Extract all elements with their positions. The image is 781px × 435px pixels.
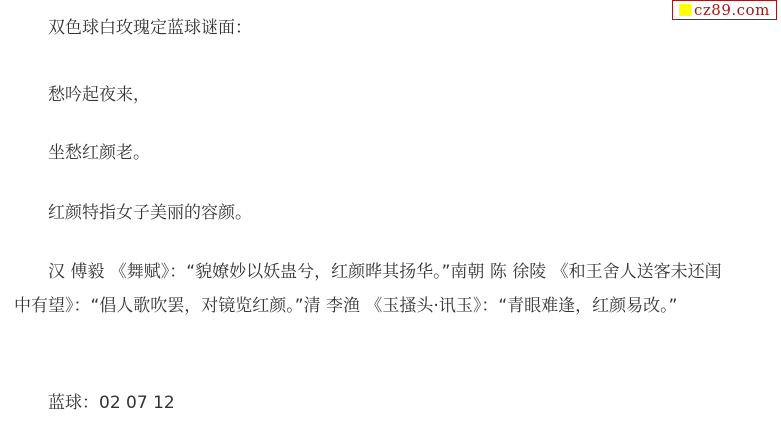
yellow-square-icon (679, 4, 691, 16)
blue-ball-result: 蓝球：02 07 12 (14, 386, 734, 420)
explanation-paragraph: 红颜特指女子美丽的容颜。 (14, 196, 734, 230)
site-watermark: cz89.com (672, 0, 777, 20)
title-line: 双色球白玫瑰定蓝球谜面： (14, 11, 734, 45)
watermark-text: cz89.com (694, 1, 770, 19)
citation-paragraph: 汉 傅毅 《舞赋》：“貌嫽妙以妖蛊兮，红颜晔其扬华。”南朝 陈 徐陵 《和王舍人… (14, 255, 734, 323)
verse-line-2: 坐愁红颜老。 (14, 136, 734, 170)
verse-line-1: 愁吟起夜来， (14, 78, 734, 112)
